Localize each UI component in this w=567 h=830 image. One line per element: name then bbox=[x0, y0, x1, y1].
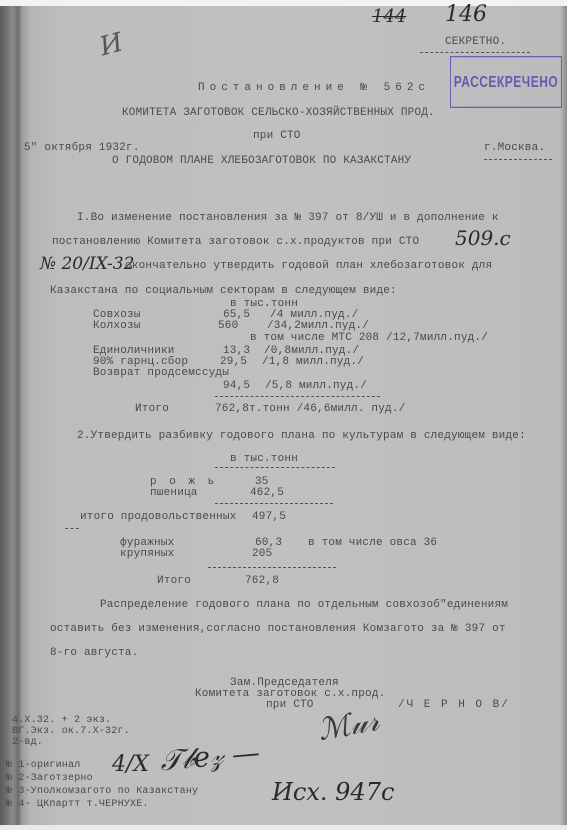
document-title: Постановление № 562с bbox=[198, 82, 430, 95]
crop-value: 205 bbox=[252, 548, 272, 561]
section3-line3: 8-го августа. bbox=[50, 647, 138, 660]
document-subject: О ГОДОВОМ ПЛАНЕ ХЛЕБОЗАГОТОВОК ПО КАЗАКС… bbox=[112, 155, 411, 168]
sheet-number: 146 bbox=[445, 2, 487, 27]
crop-subtotal-value: 497,5 bbox=[252, 511, 286, 524]
sector-value: 94,5 bbox=[223, 380, 250, 393]
signatory-title-3: при СТО bbox=[266, 699, 314, 712]
sector-label: Возврат продсемссуды bbox=[93, 367, 229, 380]
section2-line1: 2.Утвердить разбивку годового плана по к… bbox=[77, 430, 526, 443]
signatory-name: /Ч Е Р Н О В/ bbox=[398, 699, 510, 712]
crop-label: пшеница bbox=[150, 487, 198, 500]
handwritten-ref: 509.с bbox=[455, 226, 511, 250]
handwritten-initials: 𝒯𝒷𝑒𝓏 — bbox=[159, 736, 262, 779]
handwritten-outgoing-number: Исх. 947с bbox=[272, 778, 394, 806]
crop-total-label: Итого bbox=[157, 575, 191, 588]
sector-note: /1,8 милл.пуд./ bbox=[262, 356, 364, 369]
sector-label: Колхозы bbox=[93, 320, 141, 333]
classification-label: СЕКРЕТНО. bbox=[445, 36, 506, 49]
section2-unit-header: в тыс.тонн bbox=[230, 453, 298, 466]
crop-value: 462,5 bbox=[250, 487, 284, 500]
section2-header-rule bbox=[215, 467, 335, 468]
crop-total-value: 762,8 bbox=[245, 575, 279, 588]
issuer-line-1: КОМИТЕТА ЗАГОТОВОК СЕЛЬСКО-ХОЗЯЙСТВЕННЫХ… bbox=[122, 107, 435, 120]
handwritten-ref-date: № 20/IX-32 bbox=[40, 254, 134, 274]
sector-total-rule bbox=[215, 396, 380, 397]
scan-bottom-border bbox=[0, 825, 567, 830]
sector-note: /5,8 милл.пуд./ bbox=[265, 380, 367, 393]
distribution-item: № 2-Заготзерно bbox=[6, 772, 93, 785]
crop-subtotal-mark bbox=[65, 528, 79, 529]
issuer-line-2: при СТО bbox=[253, 130, 301, 143]
crop-total-rule bbox=[208, 567, 336, 568]
document-place: г.Москва. bbox=[484, 142, 545, 155]
crop-subtotal-rule bbox=[215, 503, 333, 504]
handwritten-signature: ℳ𝓊𝓇 bbox=[315, 703, 382, 748]
section1-line1: I.Во изменение постановления за № 397 от… bbox=[77, 212, 499, 225]
crop-label: крупяных bbox=[120, 548, 174, 561]
margin-mark: И bbox=[97, 28, 127, 63]
footer-line-3: 2-вд. bbox=[12, 736, 43, 749]
sector-sub-note: в том числе МТС 208 /12,7милл.пуд./ bbox=[250, 332, 488, 345]
section1-line2: постановлению Комитета заготовок с.х.про… bbox=[52, 236, 419, 249]
section1-line4: Казакстана по социальным секторам в след… bbox=[50, 285, 397, 298]
scanned-document-page: 144 146 И СЕКРЕТНО. РАССЕКРЕЧЕНО Постано… bbox=[0, 0, 567, 830]
distribution-item: № 1-оригинал bbox=[6, 759, 80, 772]
crop-subtotal-label: итого продовольственных bbox=[80, 511, 236, 524]
handwritten-date-mark: 4/X bbox=[112, 752, 149, 777]
document-date: 5" октября 1932г. bbox=[24, 142, 140, 155]
sector-total-value: 762,8т.тонн /46,6милл. пуд./ bbox=[215, 403, 405, 416]
section3-line2: оставить без изменения,согласно постанов… bbox=[50, 623, 506, 636]
declassified-stamp: РАССЕКРЕЧЕНО bbox=[450, 56, 562, 108]
classification-underline bbox=[420, 52, 530, 53]
distribution-item: № 3-Уполкомзагото по Казакстану bbox=[6, 785, 198, 798]
sheet-number-struck: 144 bbox=[372, 6, 406, 27]
sector-value: 560 bbox=[218, 320, 238, 333]
distribution-item: № 4- ЦКпартт т.ЧЕРНУХЕ. bbox=[6, 798, 149, 811]
crop-note: в том числе овса 36 bbox=[308, 537, 437, 550]
place-underline bbox=[484, 159, 552, 160]
section1-line3: окончательно утвердить годовой план хлеб… bbox=[125, 260, 492, 273]
section3-line1: Распределение годового плана по отдельны… bbox=[100, 599, 508, 612]
sector-total-label: Итого bbox=[135, 403, 169, 416]
